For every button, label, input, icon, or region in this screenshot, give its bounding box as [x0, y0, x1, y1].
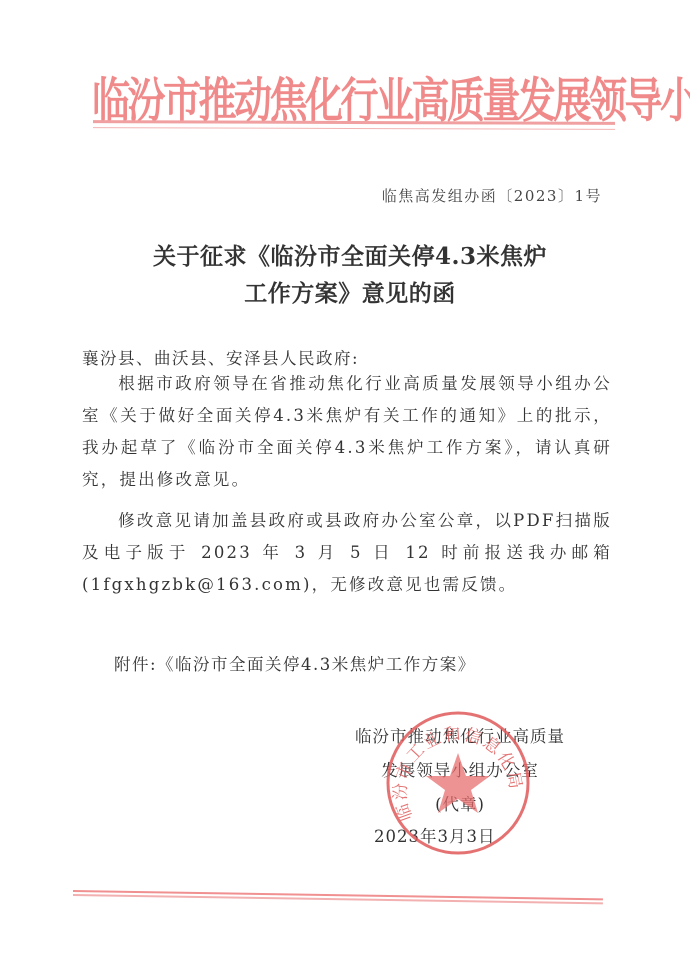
paragraph-2-text: 修改意见请加盖县政府或县政府办公室公章，以PDF扫描版及电子版于 2023 年 … [82, 511, 612, 594]
signature-line-2: 发展领导小组办公室 [340, 754, 580, 788]
body-paragraph-1: 根据市政府领导在省推动焦化行业高质量发展领导小组办公室《关于做好全面关停4.3米… [82, 368, 612, 496]
signature-block: 临汾市推动焦化行业高质量 发展领导小组办公室 (代章) [340, 720, 580, 822]
document-number: 临焦高发组办函〔2023〕1号 [382, 185, 602, 206]
paragraph-1-text: 根据市政府领导在省推动焦化行业高质量发展领导小组办公室《关于做好全面关停4.3米… [82, 374, 612, 489]
body-paragraph-2: 修改意见请加盖县政府或县政府办公室公章，以PDF扫描版及电子版于 2023 年 … [82, 505, 612, 601]
signature-date: 2023年3月3日 [374, 823, 496, 847]
title-line-2: 工作方案》意见的函 [100, 275, 600, 312]
document-title: 关于征求《临汾市全面关停4.3米焦炉 工作方案》意见的函 [100, 238, 600, 312]
title-line-1: 关于征求《临汾市全面关停4.3米焦炉 [100, 238, 600, 275]
attachment-line: 附件:《临汾市全面关停4.3米焦炉工作方案》 [114, 651, 476, 675]
signature-line-3: (代章) [340, 788, 580, 822]
signature-line-1: 临汾市推动焦化行业高质量 [340, 720, 580, 754]
issuing-office-header: 临汾市推动焦化行业高质量发展领导小组办公室 [92, 62, 612, 137]
addressee: 襄汾县、曲沃县、安泽县人民政府: [82, 345, 359, 369]
